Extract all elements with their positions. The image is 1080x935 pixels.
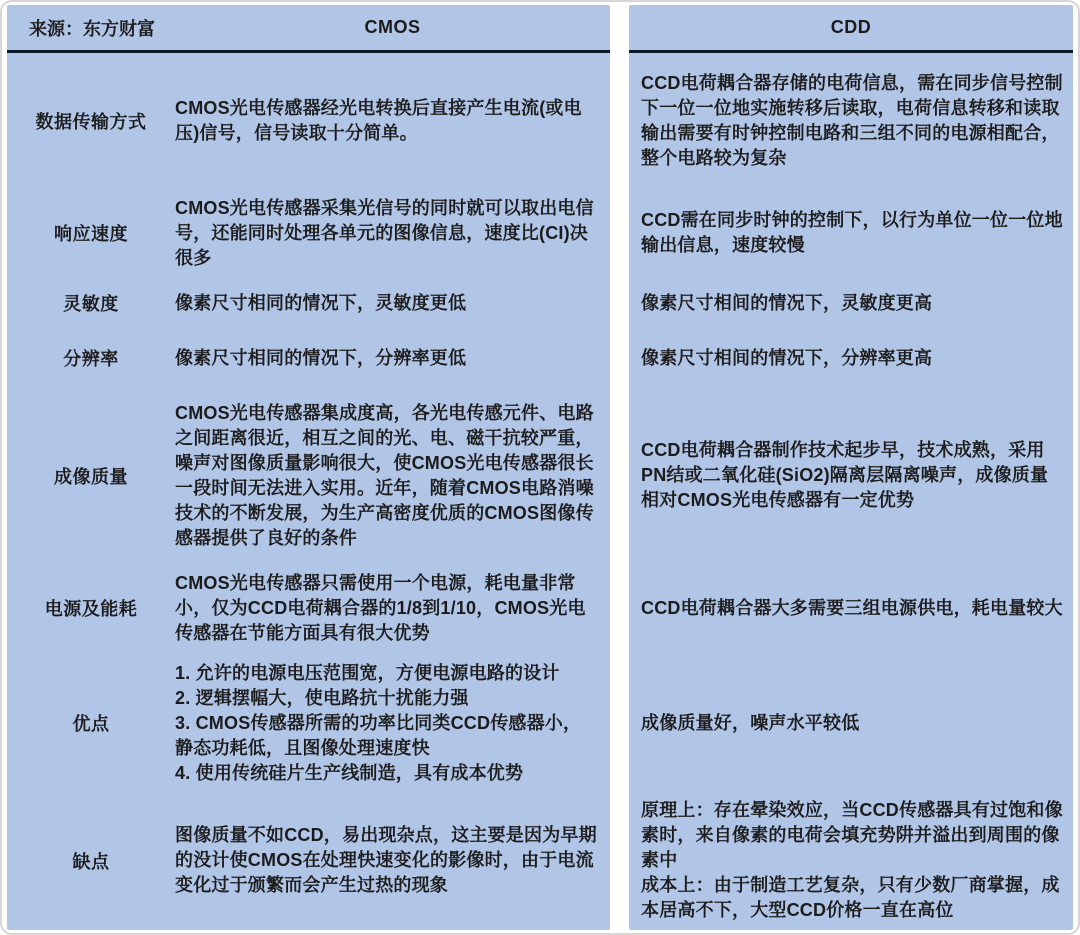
cmos-cell: CMOS光电传感器采集光信号的同时就可以取出电信号，还能同时处理各单元的图像信息… <box>175 196 610 271</box>
row-label: 灵敏度 <box>7 290 175 316</box>
comparison-table: 来源：东方财富 CMOS 数据传输方式 CMOS光电传感器经光电转换后直接产生电… <box>0 0 1080 935</box>
ccd-cell: CCD需在同步时钟的控制下，以行为单位一位一位地输出信息，速度较慢 <box>629 208 1073 258</box>
table-row: CCD电荷耦合器存储的电荷信息，需在同步信号控制下一位一位地实施转移后读取，电荷… <box>629 53 1073 188</box>
ccd-panel: CDD CCD电荷耦合器存储的电荷信息，需在同步信号控制下一位一位地实施转移后读… <box>629 5 1073 930</box>
cmos-panel: 来源：东方财富 CMOS 数据传输方式 CMOS光电传感器经光电转换后直接产生电… <box>7 5 610 930</box>
cmos-panel-header: 来源：东方财富 CMOS <box>7 5 610 53</box>
row-label: 电源及能耗 <box>7 595 175 621</box>
table-row: 优点 1. 允许的电源电压范围宽，方便电源电路的设计 2. 逻辑摆幅大，使电路抗… <box>7 653 610 793</box>
table-row: 灵敏度 像素尺寸相同的情况下，灵敏度更低 <box>7 278 610 328</box>
table-row: 成像质量好，噪声水平较低 <box>629 653 1073 793</box>
source-label: 来源：东方财富 <box>7 15 175 41</box>
ccd-cell: CCD电荷耦合器大多需要三组电源供电，耗电量较大 <box>629 596 1073 621</box>
ccd-cell: 原理上：存在晕染效应，当CCD传感器具有过饱和像素时，来自像素的电荷会填充势阱并… <box>629 798 1073 923</box>
table-row: 成像质量 CMOS光电传感器集成度高，各光电传感元件、电路之间距离很近，相互之间… <box>7 388 610 563</box>
ccd-cell: 像素尺寸相间的情况下，灵敏度更高 <box>629 291 1073 316</box>
cmos-cell: CMOS光电传感器只需使用一个电源，耗电量非常小，仅为CCD电荷耦合器的1/8到… <box>175 571 610 646</box>
row-label: 数据传输方式 <box>7 108 175 134</box>
row-label: 分辨率 <box>7 345 175 371</box>
ccd-cell: 成像质量好，噪声水平较低 <box>629 711 1073 736</box>
ccd-column-title: CDD <box>629 17 1073 38</box>
ccd-cell: 像素尺寸相间的情况下，分辨率更高 <box>629 346 1073 371</box>
table-row: 像素尺寸相间的情况下，分辨率更高 <box>629 328 1073 388</box>
row-label: 优点 <box>7 710 175 736</box>
table-row: 像素尺寸相间的情况下，灵敏度更高 <box>629 278 1073 328</box>
cmos-cell: 像素尺寸相同的情况下，灵敏度更低 <box>175 291 610 316</box>
row-label: 成像质量 <box>7 463 175 489</box>
ccd-cell: CCD电荷耦合器制作技术起步早，技术成熟，采用PN结或二氧化硅(SiO2)隔离层… <box>629 438 1073 513</box>
table-row: 缺点 图像质量不如CCD，易出现杂点，这主要是因为早期的没计使CMOS在处理快速… <box>7 793 610 928</box>
table-row: 原理上：存在晕染效应，当CCD传感器具有过饱和像素时，来自像素的电荷会填充势阱并… <box>629 793 1073 928</box>
row-label: 响应速度 <box>7 220 175 246</box>
cmos-cell: 1. 允许的电源电压范围宽，方便电源电路的设计 2. 逻辑摆幅大，使电路抗十扰能… <box>175 661 610 786</box>
table-row: CCD电荷耦合器大多需要三组电源供电，耗电量较大 <box>629 563 1073 653</box>
table-row: 响应速度 CMOS光电传感器采集光信号的同时就可以取出电信号，还能同时处理各单元… <box>7 188 610 278</box>
row-label: 缺点 <box>7 848 175 874</box>
table-row: 数据传输方式 CMOS光电传感器经光电转换后直接产生电流(或电压)信号，信号读取… <box>7 53 610 188</box>
cmos-column-title: CMOS <box>175 17 610 38</box>
table-row: CCD需在同步时钟的控制下，以行为单位一位一位地输出信息，速度较慢 <box>629 188 1073 278</box>
ccd-cell: CCD电荷耦合器存储的电荷信息，需在同步信号控制下一位一位地实施转移后读取，电荷… <box>629 71 1073 171</box>
cmos-cell: 像素尺寸相同的情况下，分辨率更低 <box>175 346 610 371</box>
cmos-cell: 图像质量不如CCD，易出现杂点，这主要是因为早期的没计使CMOS在处理快速变化的… <box>175 823 610 898</box>
cmos-cell: CMOS光电传感器经光电转换后直接产生电流(或电压)信号，信号读取十分简单。 <box>175 96 610 146</box>
table-row: 分辨率 像素尺寸相同的情况下，分辨率更低 <box>7 328 610 388</box>
table-row: CCD电荷耦合器制作技术起步早，技术成熟，采用PN结或二氧化硅(SiO2)隔离层… <box>629 388 1073 563</box>
table-row: 电源及能耗 CMOS光电传感器只需使用一个电源，耗电量非常小，仅为CCD电荷耦合… <box>7 563 610 653</box>
cmos-cell: CMOS光电传感器集成度高，各光电传感元件、电路之间距离很近，相互之间的光、电、… <box>175 401 610 551</box>
ccd-panel-header: CDD <box>629 5 1073 53</box>
